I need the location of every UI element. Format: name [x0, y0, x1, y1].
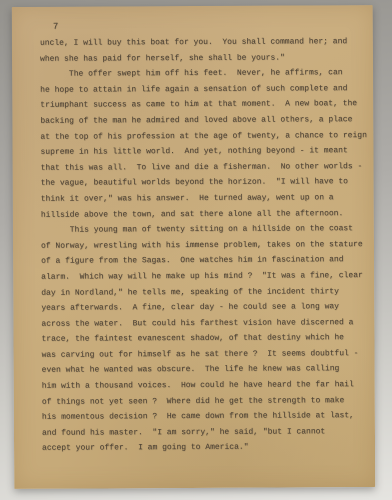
manuscript-page: 7 uncle, I will buy this boat for you. Y… [12, 5, 376, 489]
photo-background: 7 uncle, I will buy this boat for you. Y… [0, 0, 392, 500]
typed-body-text: uncle, I will buy this boat for you. You… [40, 34, 372, 457]
page-number: 7 [53, 21, 58, 33]
